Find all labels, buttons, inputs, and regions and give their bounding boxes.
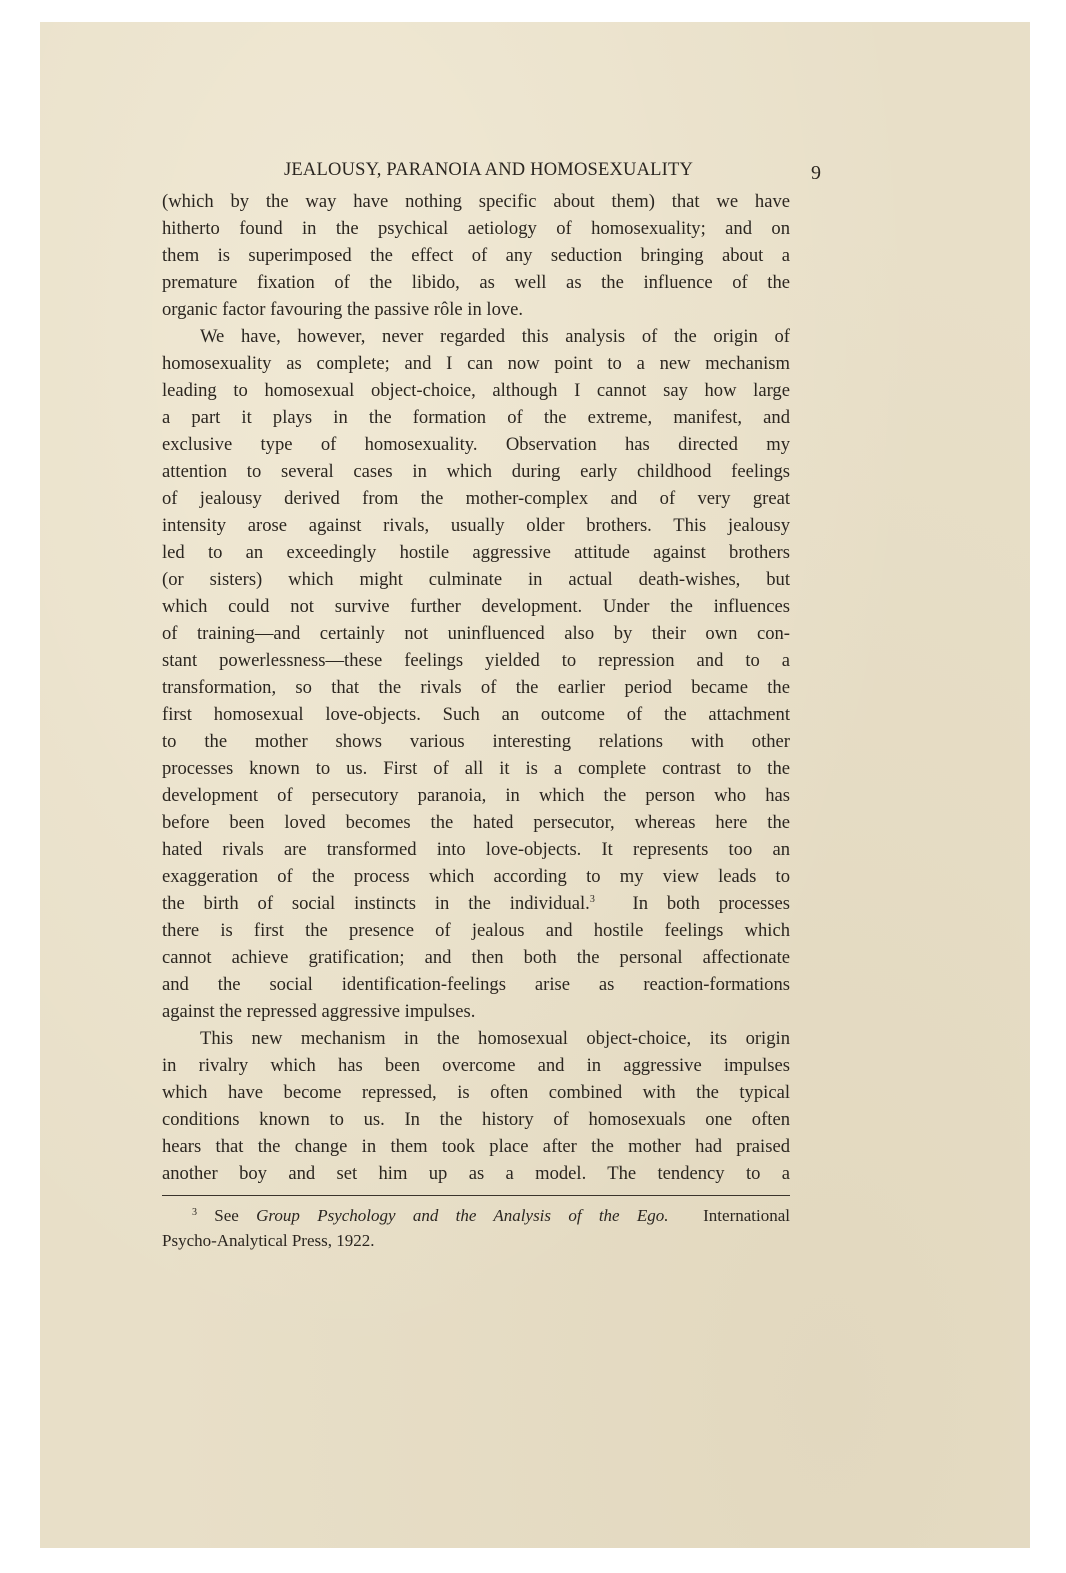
text-line: homosexuality as complete; and I can now… (162, 350, 790, 377)
footnote-prefix: See (197, 1206, 256, 1225)
text-line: of jealousy derived from the mother-comp… (162, 485, 790, 512)
text-line: before been loved becomes the hated pers… (162, 809, 790, 836)
text-line: first homosexual love-objects. Such an o… (162, 701, 790, 728)
text-line: attention to several cases in which duri… (162, 458, 790, 485)
running-head: JEALOUSY, PARANOIA AND HOMOSEXUALITY (284, 160, 824, 181)
text-line: conditions known to us. In the history o… (162, 1106, 790, 1133)
text-line: (or sisters) which might culminate in ac… (162, 566, 790, 593)
text-line: development of persecutory paranoia, in … (162, 782, 790, 809)
text-line: organic factor favouring the passive rôl… (162, 296, 790, 323)
text-line: which have become repressed, is often co… (162, 1079, 790, 1106)
text-line: hated rivals are transformed into love-o… (162, 836, 790, 863)
paragraph-start-line: This new mechanism in the homosexual obj… (162, 1025, 790, 1052)
text-line: exaggeration of the process which accord… (162, 863, 790, 890)
text-line: of training—and certainly not uninfluenc… (162, 620, 790, 647)
text-line: there is first the presence of jealous a… (162, 917, 790, 944)
text-line: transformation, so that the rivals of th… (162, 674, 790, 701)
text-line: a part it plays in the formation of the … (162, 404, 790, 431)
body-text: (which by the way have nothing specific … (162, 188, 790, 1187)
page-number: 9 (811, 162, 821, 185)
text-line: in rivalry which has been overcome and i… (162, 1052, 790, 1079)
text-line: intensity arose against rivals, usually … (162, 512, 790, 539)
footnote-publisher: International (669, 1206, 790, 1225)
text-line: leading to homosexual object-choice, alt… (162, 377, 790, 404)
footnote: 3 See Group Psychology and the Analysis … (162, 1203, 790, 1253)
text-line: premature fixation of the libido, as wel… (162, 269, 790, 296)
text-segment: the birth of social instincts in the ind… (162, 893, 590, 914)
text-line: exclusive type of homosexuality. Observa… (162, 431, 790, 458)
footnote-divider (162, 1195, 790, 1196)
text-line: hears that the change in them took place… (162, 1133, 790, 1160)
text-line: cannot achieve gratification; and then b… (162, 944, 790, 971)
text-line: another boy and set him up as a model. T… (162, 1160, 790, 1187)
text-line: stant powerlessness—these feelings yield… (162, 647, 790, 674)
text-line: which could not survive further developm… (162, 593, 790, 620)
paragraph-start-line: We have, however, never regarded this an… (162, 323, 790, 350)
footnote-cited-title: Group Psychology and the Analysis of the… (256, 1206, 668, 1225)
text-line-with-footnote-ref: the birth of social instincts in the ind… (162, 890, 790, 917)
text-line: and the social identification-feelings a… (162, 971, 790, 998)
text-line: them is superimposed the effect of any s… (162, 242, 790, 269)
text-line: processes known to us. First of all it i… (162, 755, 790, 782)
text-line: to the mother shows various interesting … (162, 728, 790, 755)
text-segment: In both processes (595, 893, 790, 914)
text-line: (which by the way have nothing specific … (162, 188, 790, 215)
footnote-line: 3 See Group Psychology and the Analysis … (162, 1203, 790, 1228)
text-line: hitherto found in the psychical aetiolog… (162, 215, 790, 242)
text-line: led to an exceedingly hostile aggressive… (162, 539, 790, 566)
footnote-line: Psycho-Analytical Press, 1922. (162, 1228, 790, 1253)
text-line: against the repressed aggressive impulse… (162, 998, 790, 1025)
